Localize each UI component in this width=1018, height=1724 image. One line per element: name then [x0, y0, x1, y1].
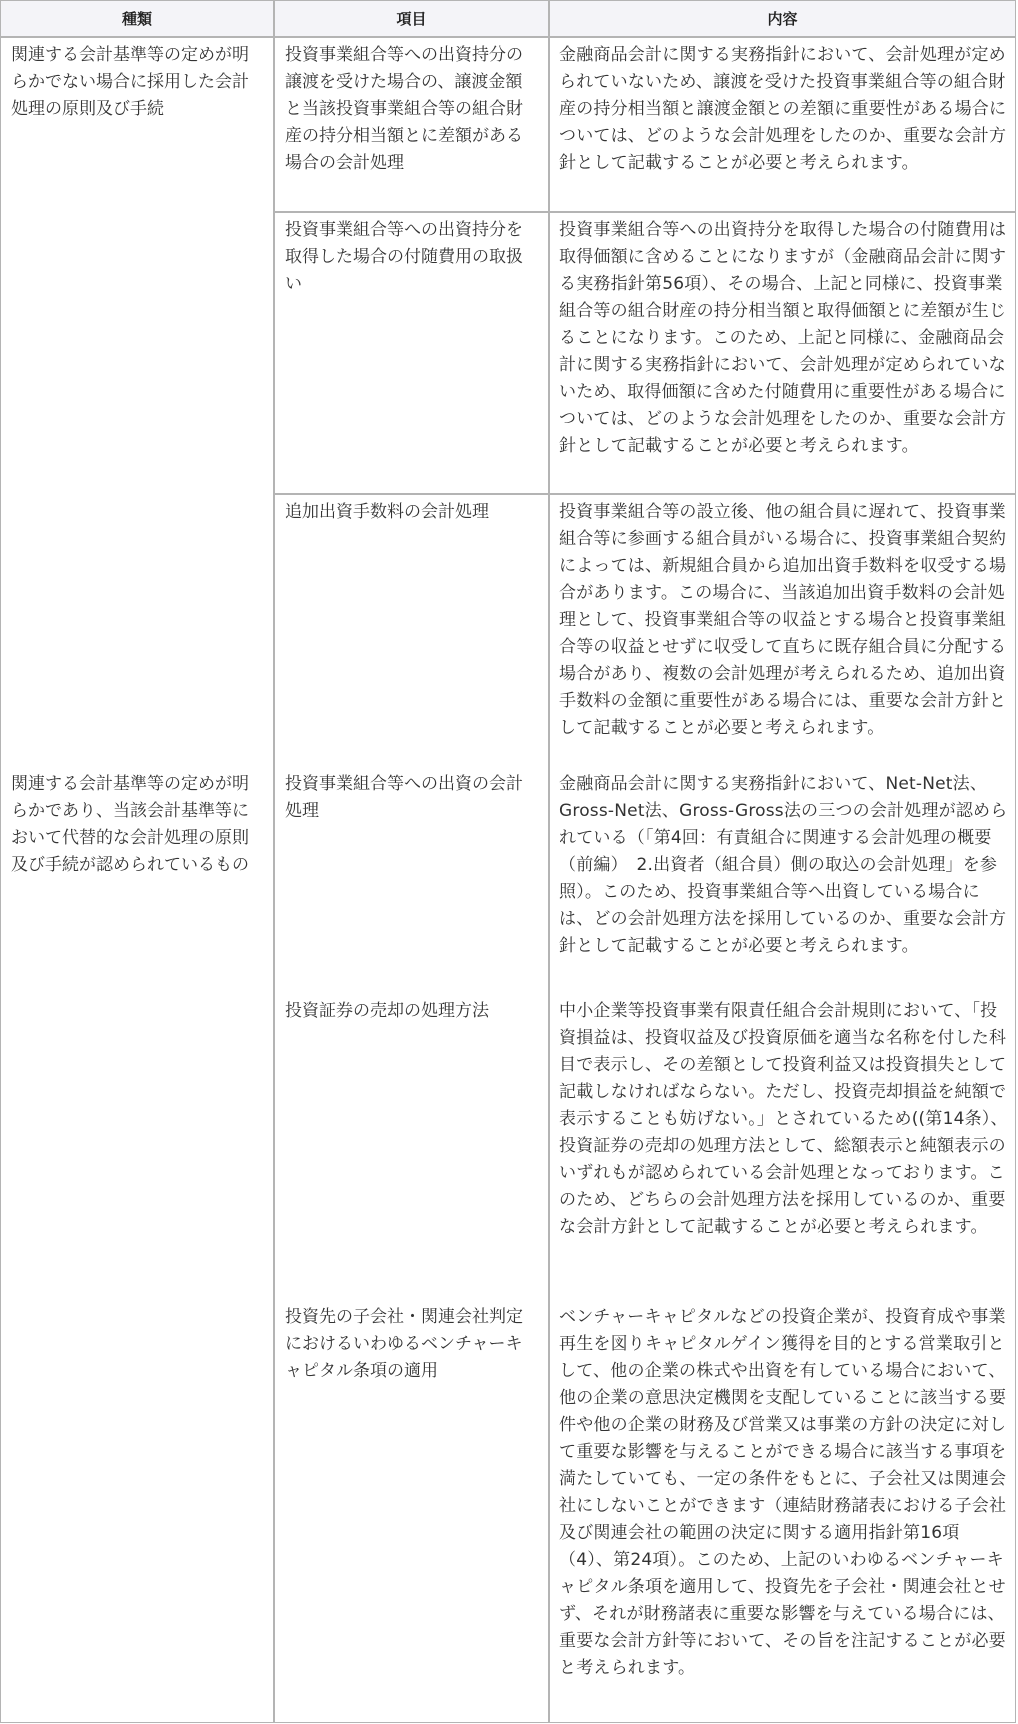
item-cell: 投資事業組合等への出資持分の譲渡を受けた場合の、譲渡金額と当該投資事業組合等の組… [275, 38, 550, 211]
content-cell: 金融商品会計に関する実務指針において、会計処理が定められていないため、譲渡を受け… [550, 38, 1015, 211]
kind-cell-unspecified: 関連する会計基準等の定めが明らかでない場合に採用した会計処理の原則及び手続 [11, 42, 263, 123]
item-content-columns: 投資事業組合等への出資持分の譲渡を受けた場合の、譲渡金額と当該投資事業組合等の組… [275, 38, 1015, 1722]
table-row: 投資先の子会社・関連会社判定におけるいわゆるベンチャーキャピタル条項の適用 ベン… [275, 1300, 1015, 1722]
item-cell: 投資事業組合等への出資持分を取得した場合の付随費用の取扱い [275, 213, 550, 493]
table-row: 投資事業組合等への出資持分の譲渡を受けた場合の、譲渡金額と当該投資事業組合等の組… [275, 38, 1015, 213]
accounting-policy-table: 種類 項目 内容 関連する会計基準等の定めが明らかでない場合に採用した会計処理の… [0, 0, 1016, 1723]
item-cell: 投資先の子会社・関連会社判定におけるいわゆるベンチャーキャピタル条項の適用 [275, 1300, 550, 1722]
table-header: 種類 項目 内容 [1, 1, 1015, 38]
item-cell: 投資事業組合等への出資の会計処理 [275, 767, 550, 994]
kind-cell-alternative: 関連する会計基準等の定めが明らかであり、当該会計基準等において代替的な会計処理の… [11, 771, 263, 879]
item-cell: 投資証券の売却の処理方法 [275, 994, 550, 1300]
content-cell: ベンチャーキャピタルなどの投資企業が、投資育成や事業再生を図りキャピタルゲイン獲… [550, 1300, 1015, 1722]
table-row: 追加出資手数料の会計処理 投資事業組合等の設立後、他の組合員に遅れて、投資事業組… [275, 495, 1015, 767]
item-cell: 追加出資手数料の会計処理 [275, 495, 550, 767]
content-cell: 投資事業組合等の設立後、他の組合員に遅れて、投資事業組合等に参画する組合員がいる… [550, 495, 1015, 767]
table-body: 関連する会計基準等の定めが明らかでない場合に採用した会計処理の原則及び手続 関連… [1, 38, 1015, 1722]
header-item: 項目 [275, 1, 550, 36]
table-row: 投資事業組合等への出資持分を取得した場合の付随費用の取扱い 投資事業組合等への出… [275, 213, 1015, 495]
table-row: 投資事業組合等への出資の会計処理 金融商品会計に関する実務指針において、Net-… [275, 767, 1015, 994]
content-cell: 中小企業等投資事業有限責任組合会計規則において、「投資損益は、投資収益及び投資原… [550, 994, 1015, 1300]
content-cell: 投資事業組合等への出資持分を取得した場合の付随費用は取得価額に含めることになりま… [550, 213, 1015, 493]
header-kind: 種類 [1, 1, 275, 36]
header-content: 内容 [550, 1, 1015, 36]
table-row: 投資証券の売却の処理方法 中小企業等投資事業有限責任組合会計規則において、「投資… [275, 994, 1015, 1300]
kind-column: 関連する会計基準等の定めが明らかでない場合に採用した会計処理の原則及び手続 関連… [1, 38, 275, 1722]
content-cell: 金融商品会計に関する実務指針において、Net-Net法、Gross-Net法、G… [550, 767, 1015, 994]
